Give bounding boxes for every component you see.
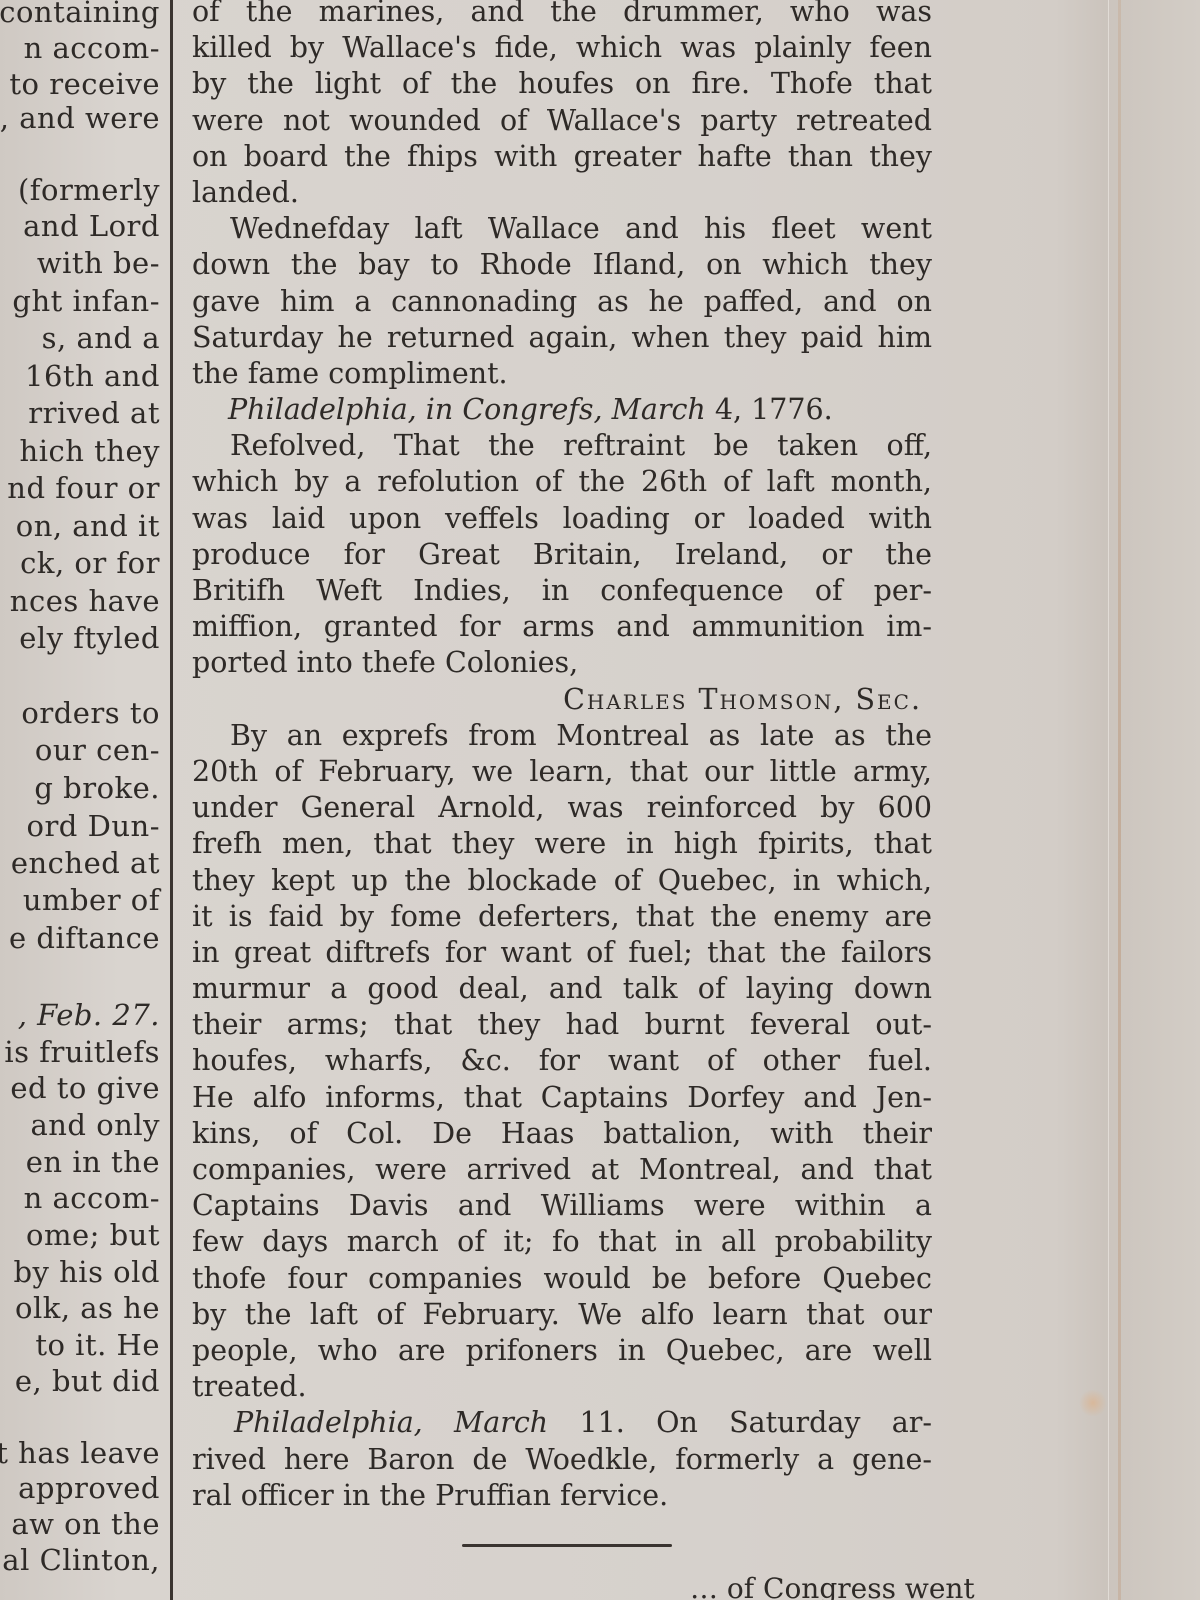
page-fold-crease bbox=[1118, 0, 1121, 1600]
text-line: houfes, wharfs, &c. for want of other fu… bbox=[192, 1043, 932, 1079]
text-line: miffion, granted for arms and ammunition… bbox=[192, 609, 932, 645]
paragraph-wallace-fleet: Wednefday laft Wallace and his fleet wen… bbox=[192, 211, 932, 392]
text-line: companies, were arrived at Montreal, and… bbox=[192, 1152, 932, 1188]
dateline-congress: Philadelphia, in Congrefs, March 4, 1776… bbox=[192, 392, 932, 428]
left-line: approved bbox=[18, 1470, 160, 1507]
text-line: killed by Wallace's fide, which was plai… bbox=[192, 30, 932, 66]
section-separator-rule bbox=[462, 1544, 672, 1547]
paragraph-resolution: Refolved, That the reftraint be taken of… bbox=[192, 428, 932, 681]
left-line: e diftance bbox=[9, 920, 160, 957]
dateline-date: 11. bbox=[579, 1406, 624, 1439]
signature-charles-thomson: Charles Thomson, Sec. bbox=[192, 682, 932, 718]
left-line: ck, or for bbox=[20, 545, 160, 582]
text-fragment: On Saturday ar- bbox=[656, 1406, 932, 1439]
text-line: gave him a cannonading as he paffed, and… bbox=[192, 284, 932, 320]
dateline-place: Philadelphia, in Congrefs, March bbox=[228, 393, 706, 426]
left-line: aw on the bbox=[11, 1506, 160, 1543]
text-line: thofe four companies would be before Que… bbox=[192, 1261, 932, 1297]
text-line: was laid upon veffels loading or loaded … bbox=[192, 501, 932, 537]
left-line: , and were bbox=[0, 100, 160, 137]
dateline-date: 4, 1776. bbox=[715, 393, 833, 426]
paragraph-wallace-landing: of the marines, and the drummer, who was… bbox=[192, 0, 932, 211]
cutoff-bottom-text: … of Congress went bbox=[690, 1572, 975, 1600]
text-line: people, who are prifoners in Quebec, are… bbox=[192, 1333, 932, 1369]
left-line: ome; but bbox=[26, 1217, 160, 1254]
dateline-place: Philadelphia, March bbox=[234, 1406, 548, 1439]
text-line: their arms; that they had burnt feveral … bbox=[192, 1007, 932, 1043]
text-line: He alfo informs, that Captains Dorfey an… bbox=[192, 1080, 932, 1116]
left-line: our cen- bbox=[35, 732, 160, 769]
paragraph-montreal-express: By an exprefs from Montreal as late as t… bbox=[192, 718, 932, 1406]
text-line: Captains Davis and Williams were within … bbox=[192, 1188, 932, 1224]
text-line: ported into thefe Colonies, bbox=[192, 645, 932, 681]
left-line: t has leave bbox=[0, 1435, 160, 1472]
text-line: By an exprefs from Montreal as late as t… bbox=[192, 718, 932, 754]
text-line: treated. bbox=[192, 1369, 932, 1405]
text-line: it is faid by fome deferters, that the e… bbox=[192, 899, 932, 935]
left-line: nces have bbox=[10, 583, 160, 620]
left-line: olk, as he bbox=[15, 1290, 160, 1327]
left-line: by his old bbox=[13, 1254, 160, 1291]
left-line: 16th and bbox=[25, 358, 160, 395]
text-line: kins, of Col. De Haas battalion, with th… bbox=[192, 1116, 932, 1152]
text-line: which by a refolution of the 26th of laf… bbox=[192, 464, 932, 500]
text-line: down the bay to Rhode Ifland, on which t… bbox=[192, 247, 932, 283]
left-line: n accom- bbox=[24, 1180, 160, 1217]
text-line: Saturday he returned again, when they pa… bbox=[192, 320, 932, 356]
left-line: on, and it bbox=[16, 508, 160, 545]
left-line: n accom- bbox=[24, 30, 160, 67]
text-line: produce for Great Britain, Ireland, or t… bbox=[192, 537, 932, 573]
text-line: by the laft of February. We alfo learn t… bbox=[192, 1297, 932, 1333]
newspaper-page: containing n accom- to receive , and wer… bbox=[0, 0, 1200, 1600]
text-line: by the light of the houfes on fire. Thof… bbox=[192, 66, 932, 102]
paper-stain bbox=[1078, 1390, 1108, 1416]
dateline-march-11: Philadelphia, March 11. On Saturday ar- bbox=[192, 1405, 932, 1441]
left-line-dateline: , Feb. 27. bbox=[18, 997, 160, 1034]
text-line: were not wounded of Wallace's party retr… bbox=[192, 103, 932, 139]
text-line: Refolved, That the reftraint be taken of… bbox=[192, 428, 932, 464]
left-line: and only bbox=[30, 1107, 160, 1144]
text-line: Wednefday laft Wallace and his fleet wen… bbox=[192, 211, 932, 247]
left-line: umber of bbox=[23, 882, 160, 919]
left-line: and Lord bbox=[23, 208, 160, 245]
left-line: to receive bbox=[9, 66, 160, 103]
left-line: ord Dun- bbox=[26, 808, 160, 845]
left-column-fragments: containing n accom- to receive , and wer… bbox=[0, 0, 160, 1600]
left-line: is fruitlefs bbox=[4, 1034, 160, 1071]
left-line: s, and a bbox=[42, 320, 160, 357]
text-line: of the marines, and the drummer, who was bbox=[192, 0, 932, 30]
left-line: (formerly bbox=[18, 172, 160, 209]
text-line: murmur a good deal, and talk of laying d… bbox=[192, 971, 932, 1007]
left-line: rrived at bbox=[28, 395, 160, 432]
main-column: of the marines, and the drummer, who was… bbox=[192, 0, 932, 1514]
text-line: frefh men, that they were in high fpirit… bbox=[192, 826, 932, 862]
left-line: orders to bbox=[21, 695, 160, 732]
left-line: hich they bbox=[20, 433, 160, 470]
left-line: to it. He bbox=[35, 1327, 160, 1364]
left-line: ely ftyled bbox=[19, 620, 160, 657]
text-line: 20th of February, we learn, that our lit… bbox=[192, 754, 932, 790]
left-line: e, but did bbox=[15, 1363, 160, 1400]
page-fold-highlight bbox=[1108, 0, 1109, 1600]
text-line: few days march of it; fo that in all pro… bbox=[192, 1224, 932, 1260]
text-line: landed. bbox=[192, 175, 932, 211]
left-line: with be- bbox=[37, 245, 160, 282]
text-line: they kept up the blockade of Quebec, in … bbox=[192, 863, 932, 899]
text-line: in great diftrefs for want of fuel; that… bbox=[192, 935, 932, 971]
left-line: ed to give bbox=[10, 1070, 160, 1107]
left-line: enched at bbox=[11, 845, 160, 882]
left-line: g broke. bbox=[34, 770, 160, 807]
text-line: under General Arnold, was reinforced by … bbox=[192, 790, 932, 826]
column-rule bbox=[170, 0, 173, 1600]
left-line: en in the bbox=[26, 1144, 160, 1181]
left-line: nd four or bbox=[7, 470, 160, 507]
text-line: the fame compliment. bbox=[192, 356, 932, 392]
text-line: Britifh Weft Indies, in confequence of p… bbox=[192, 573, 932, 609]
text-line: rived here Baron de Woedkle, formerly a … bbox=[192, 1442, 932, 1478]
left-line: al Clinton, bbox=[2, 1542, 160, 1579]
left-line: ght infan- bbox=[12, 283, 160, 320]
left-line: containing bbox=[0, 0, 160, 31]
text-line: on board the fhips with greater hafte th… bbox=[192, 139, 932, 175]
text-line: ral officer in the Pruffian fervice. bbox=[192, 1478, 932, 1514]
